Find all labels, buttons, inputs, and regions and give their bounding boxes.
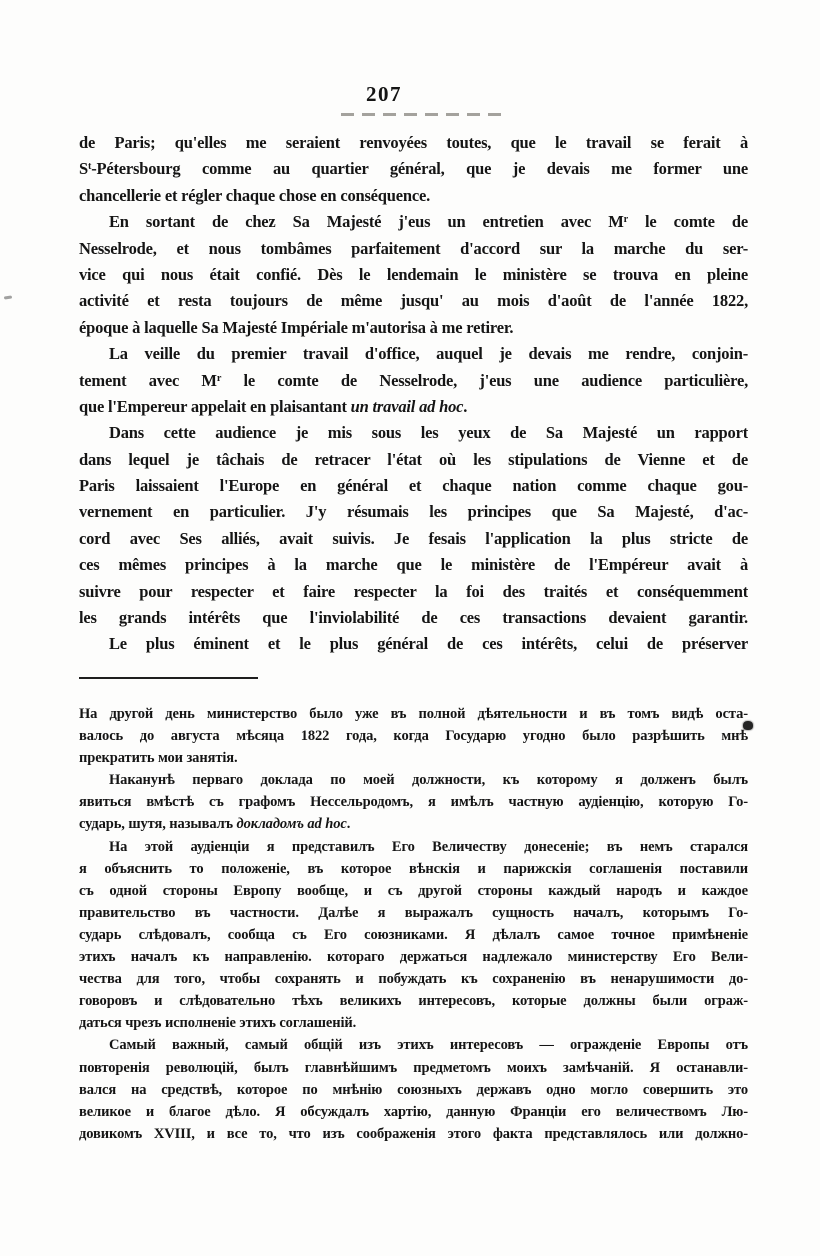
page-number: 207 (304, 82, 464, 107)
text-segment: правительство въ частности. Далѣе я выра… (79, 905, 748, 921)
text-segment: чества для того, чтобы сохранять и побуж… (79, 971, 748, 987)
text-line: ces mêmes principes à la marche que le m… (79, 552, 748, 578)
text-line: St-Pétersbourg comme au quartier général… (79, 156, 748, 182)
text-line: повторенія революцій, былъ главнѣйшимъ п… (79, 1057, 748, 1079)
text-line: говоровъ и слѣдовательно тѣхъ великихъ и… (79, 990, 748, 1012)
text-line: вался на средствѣ, которое по мнѣнію сою… (79, 1079, 748, 1101)
text-line: époque à laquelle Sa Majesté Impériale m… (79, 315, 748, 341)
text-line: cord avec Ses alliés, avait suivis. Je f… (79, 526, 748, 552)
italic-segment: un travail ad hoc (351, 397, 464, 416)
text-line: Le plus éminent et le plus général de ce… (79, 631, 748, 657)
text-segment: явиться вмѣстѣ съ графомъ Нессельродомъ,… (79, 794, 748, 810)
text-segment: валось до августа мѣсяца 1822 года, когд… (79, 728, 748, 744)
text-line: de Paris; qu'elles me seraient renvoyées… (79, 130, 748, 156)
text-line: En sortant de chez Sa Majesté j'eus un e… (79, 209, 748, 235)
text-segment: vice qui nous était confié. Dès le lende… (79, 265, 748, 284)
text-line: чества для того, чтобы сохранять и побуж… (79, 968, 748, 990)
text-segment: que l'Empereur appelait en plaisantant (79, 397, 351, 416)
text-segment: vernement en particulier. J'y résumais l… (79, 502, 748, 521)
text-segment: великое и благое дѣло. Я обсуждалъ харті… (79, 1104, 748, 1120)
text-line: Nesselrode, et nous tombâmes parfaitemen… (79, 236, 748, 262)
text-segment: activité et resta toujours de même jusqu… (79, 291, 748, 310)
text-segment: На другой день министерство было уже въ … (79, 706, 748, 722)
text-segment: На этой аудіенціи я представилъ Его Вели… (109, 839, 748, 855)
text-segment: de Paris; qu'elles me seraient renvoyées… (79, 133, 748, 152)
text-line: На этой аудіенціи я представилъ Его Вели… (79, 836, 748, 858)
text-line: vernement en particulier. J'y résumais l… (79, 499, 748, 525)
text-segment: dans lequel je tâchais de retracer l'éta… (79, 450, 748, 469)
text-segment: -Pétersbourg comme au quartier général, … (91, 159, 748, 178)
text-line: Наканунѣ перваго доклада по моей должнос… (79, 769, 748, 791)
text-line: suivre pour respecter et faire respecter… (79, 579, 748, 605)
footnote-separator (79, 677, 258, 679)
page-number-rule (341, 113, 501, 116)
text-segment: довикомъ XVIII, и все то, что изъ сообра… (79, 1126, 748, 1142)
text-segment: cord avec Ses alliés, avait suivis. Je f… (79, 529, 748, 548)
text-line: Самый важный, самый общій изъ этихъ инте… (79, 1034, 748, 1056)
text-segment: Самый важный, самый общій изъ этихъ инте… (109, 1037, 748, 1053)
text-line: сударь слѣдовалъ, сообща съ Его союзника… (79, 924, 748, 946)
footnote-text: На другой день министерство было уже въ … (79, 703, 748, 1145)
text-segment: . (347, 816, 351, 832)
text-line: этихъ началъ къ направленію. котораго де… (79, 946, 748, 968)
text-line: явиться вмѣстѣ съ графомъ Нессельродомъ,… (79, 791, 748, 813)
text-line: сударь, шутя, называлъ докладомъ ad hoc. (79, 813, 748, 835)
page: 207 de Paris; qu'elles me seraient renvo… (0, 0, 820, 1256)
text-segment: даться чрезъ исполненіе этихъ соглашеній… (79, 1015, 356, 1031)
text-segment: le comte de (628, 212, 748, 231)
text-line: activité et resta toujours de même jusqu… (79, 288, 748, 314)
text-line: съ одной стороны Европу вообще, и съ дру… (79, 880, 748, 902)
text-line: vice qui nous était confié. Dès le lende… (79, 262, 748, 288)
text-segment: Dans cette audience je mis sous les yeux… (109, 423, 748, 442)
text-line: правительство въ частности. Далѣе я выра… (79, 902, 748, 924)
text-segment: époque à laquelle Sa Majesté Impériale m… (79, 318, 513, 337)
text-segment: сударь слѣдовалъ, сообща съ Его союзника… (79, 927, 748, 943)
text-segment: говоровъ и слѣдовательно тѣхъ великихъ и… (79, 993, 748, 1009)
text-line: валось до августа мѣсяца 1822 года, когд… (79, 725, 748, 747)
text-line: великое и благое дѣло. Я обсуждалъ харті… (79, 1101, 748, 1123)
text-segment: chancellerie et régler chaque chose en c… (79, 186, 430, 205)
text-line: даться чрезъ исполненіе этихъ соглашеній… (79, 1012, 748, 1034)
text-segment: Nesselrode, et nous tombâmes parfaitemen… (79, 239, 748, 258)
margin-speck (4, 295, 12, 299)
text-segment: съ одной стороны Европу вообще, и съ дру… (79, 883, 748, 899)
text-segment: tement avec M (79, 371, 217, 390)
text-segment: En sortant de chez Sa Majesté j'eus un e… (109, 212, 624, 231)
text-segment: повторенія революцій, былъ главнѣйшимъ п… (79, 1060, 748, 1076)
text-segment: вался на средствѣ, которое по мнѣнію сою… (79, 1082, 748, 1098)
text-line: прекратить мои занятія. (79, 747, 748, 769)
text-segment: сударь, шутя, называлъ (79, 816, 237, 832)
text-line: Paris laissaient l'Europe en général et … (79, 473, 748, 499)
text-segment: ces mêmes principes à la marche que le m… (79, 555, 748, 574)
ink-spot (743, 721, 753, 730)
italic-segment: докладомъ ad hoc (237, 816, 347, 832)
text-segment: . (463, 397, 467, 416)
text-segment: La veille du premier travail d'office, a… (109, 344, 748, 363)
text-segment: S (79, 159, 88, 178)
text-segment: le comte de Nesselrode, j'eus une audien… (221, 371, 748, 390)
text-segment: прекратить мои занятія. (79, 750, 238, 766)
text-segment: Paris laissaient l'Europe en général et … (79, 476, 748, 495)
text-segment: я объяснить то положеніе, въ которое вѣн… (79, 861, 748, 877)
text-line: La veille du premier travail d'office, a… (79, 341, 748, 367)
main-text: de Paris; qu'elles me seraient renvoyées… (79, 130, 748, 658)
text-segment: этихъ началъ къ направленію. котораго де… (79, 949, 748, 965)
text-line: tement avec Mr le comte de Nesselrode, j… (79, 368, 748, 394)
text-line: На другой день министерство было уже въ … (79, 703, 748, 725)
text-segment: Le plus éminent et le plus général de ce… (109, 634, 748, 653)
text-segment: Наканунѣ перваго доклада по моей должнос… (109, 772, 748, 788)
text-line: dans lequel je tâchais de retracer l'éta… (79, 447, 748, 473)
text-line: Dans cette audience je mis sous les yeux… (79, 420, 748, 446)
text-segment: les grands intérêts que l'inviolabilité … (79, 608, 748, 627)
text-line: les grands intérêts que l'inviolabilité … (79, 605, 748, 631)
text-line: довикомъ XVIII, и все то, что изъ сообра… (79, 1123, 748, 1145)
text-line: я объяснить то положеніе, въ которое вѣн… (79, 858, 748, 880)
text-line: que l'Empereur appelait en plaisantant u… (79, 394, 748, 420)
text-line: chancellerie et régler chaque chose en c… (79, 183, 748, 209)
text-segment: suivre pour respecter et faire respecter… (79, 582, 748, 601)
